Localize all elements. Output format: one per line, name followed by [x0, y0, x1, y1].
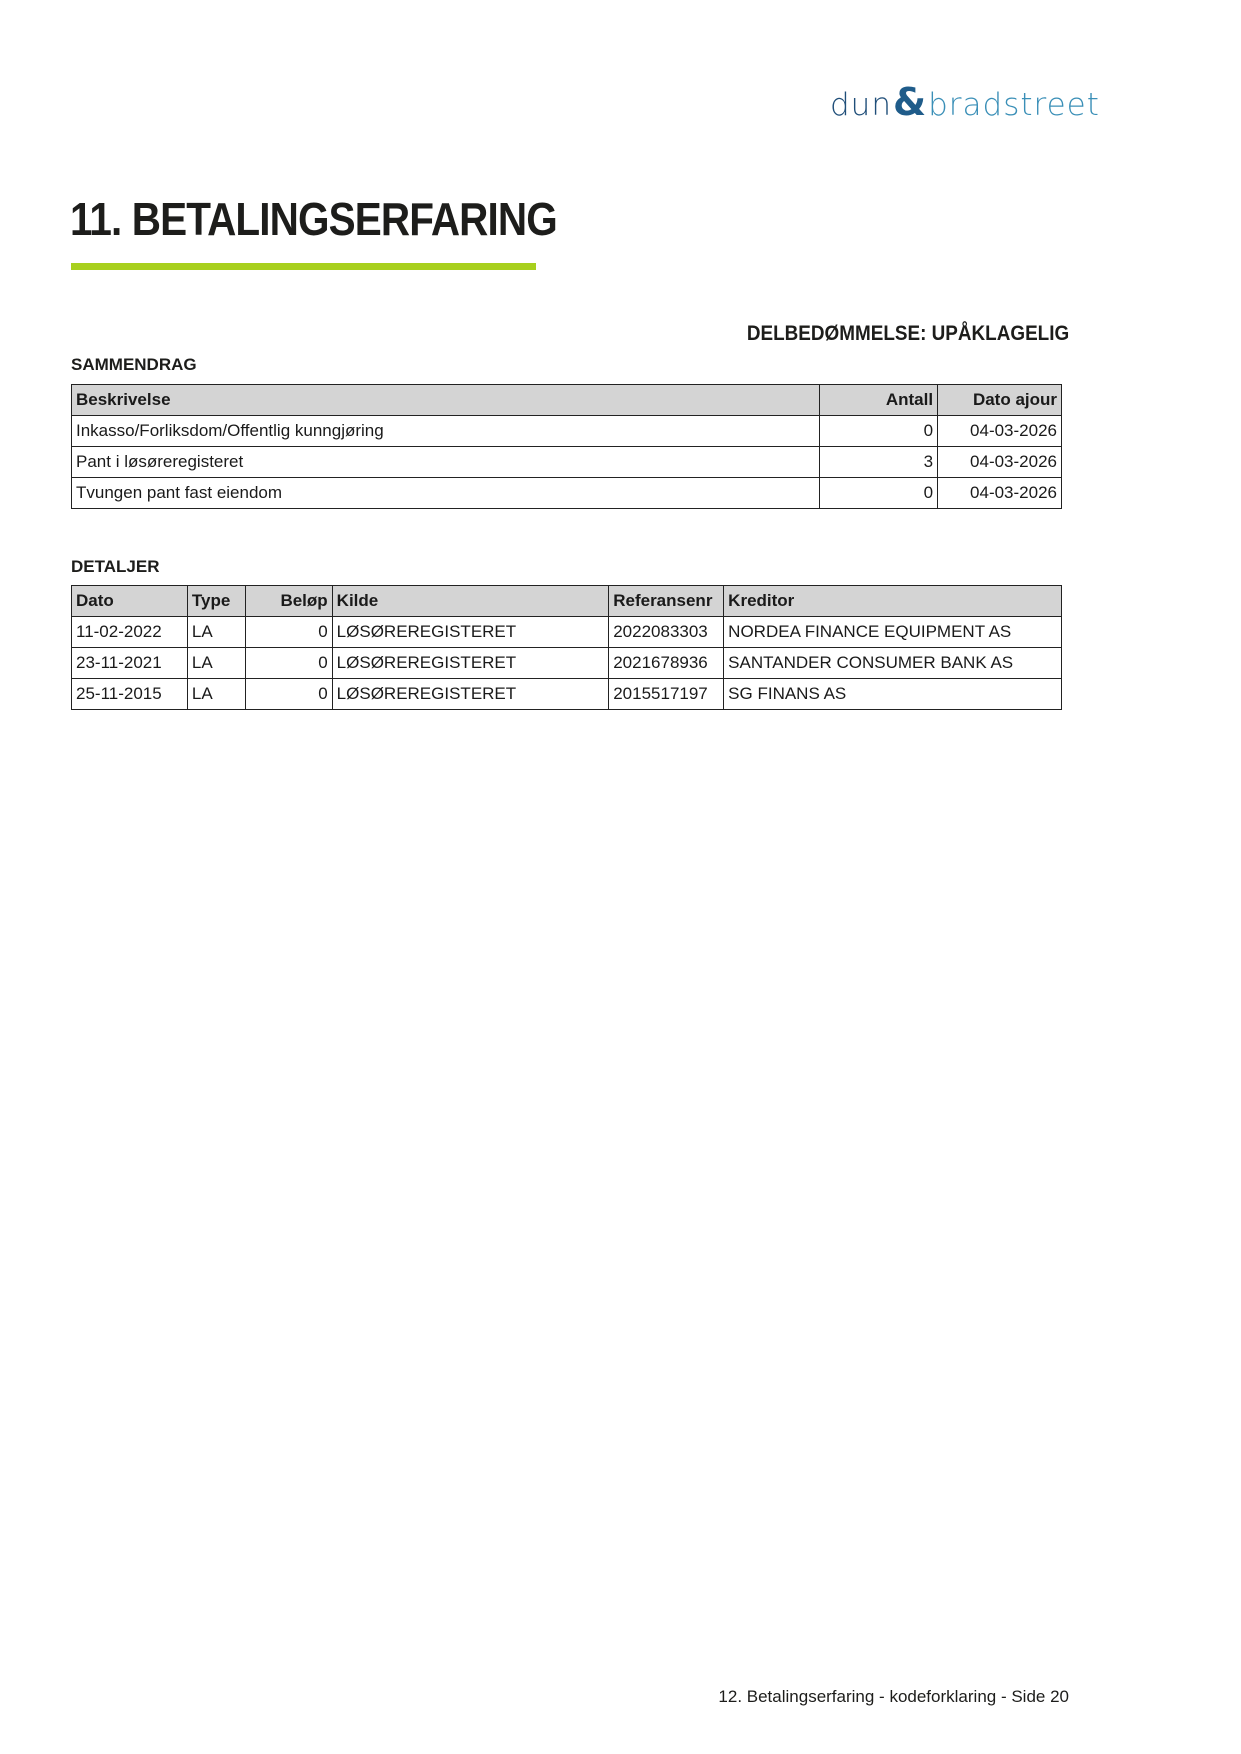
cell-kreditor: SG FINANS AS [724, 679, 1062, 710]
logo-ampersand: & [893, 80, 927, 124]
details-label: DETALJER [71, 557, 159, 577]
details-table: Dato Type Beløp Kilde Referansenr Kredit… [71, 585, 1062, 710]
table-row: Tvungen pant fast eiendom 0 04-03-2026 [72, 478, 1062, 509]
cell-antall: 3 [820, 447, 938, 478]
cell-dato: 11-02-2022 [72, 617, 188, 648]
cell-kilde: LØSØREREGISTERET [332, 679, 609, 710]
table-row: 11-02-2022 LA 0 LØSØREREGISTERET 2022083… [72, 617, 1062, 648]
cell-kilde: LØSØREREGISTERET [332, 648, 609, 679]
cell-belop: 0 [245, 679, 332, 710]
cell-kilde: LØSØREREGISTERET [332, 617, 609, 648]
details-header-row: Dato Type Beløp Kilde Referansenr Kredit… [72, 586, 1062, 617]
rating-label: DELBEDØMMELSE: UPÅKLAGELIG [747, 322, 1069, 346]
header-beskrivelse: Beskrivelse [72, 385, 820, 416]
cell-dato: 23-11-2021 [72, 648, 188, 679]
header-dato-ajour: Dato ajour [938, 385, 1062, 416]
summary-label: SAMMENDRAG [71, 355, 197, 375]
summary-header-row: Beskrivelse Antall Dato ajour [72, 385, 1062, 416]
page-title: 11. BETALINGSERFARING [70, 192, 557, 246]
table-row: Pant i løsøreregisteret 3 04-03-2026 [72, 447, 1062, 478]
cell-dato-ajour: 04-03-2026 [938, 416, 1062, 447]
cell-type: LA [187, 617, 245, 648]
cell-beskrivelse: Pant i løsøreregisteret [72, 447, 820, 478]
header-dato: Dato [72, 586, 188, 617]
cell-antall: 0 [820, 416, 938, 447]
header-kreditor: Kreditor [724, 586, 1062, 617]
cell-antall: 0 [820, 478, 938, 509]
cell-type: LA [187, 679, 245, 710]
cell-belop: 0 [245, 648, 332, 679]
cell-beskrivelse: Tvungen pant fast eiendom [72, 478, 820, 509]
header-referansenr: Referansenr [609, 586, 724, 617]
table-row: 25-11-2015 LA 0 LØSØREREGISTERET 2015517… [72, 679, 1062, 710]
cell-referansenr: 2015517197 [609, 679, 724, 710]
cell-dato: 25-11-2015 [72, 679, 188, 710]
logo-bradstreet: bradstreet [928, 87, 1100, 123]
page-footer: 12. Betalingserfaring - kodeforklaring -… [718, 1687, 1069, 1707]
header-belop: Beløp [245, 586, 332, 617]
table-row: Inkasso/Forliksdom/Offentlig kunngjøring… [72, 416, 1062, 447]
cell-dato-ajour: 04-03-2026 [938, 447, 1062, 478]
cell-referansenr: 2021678936 [609, 648, 724, 679]
logo-dun: dun [830, 87, 892, 123]
cell-belop: 0 [245, 617, 332, 648]
cell-dato-ajour: 04-03-2026 [938, 478, 1062, 509]
summary-table: Beskrivelse Antall Dato ajour Inkasso/Fo… [71, 384, 1062, 509]
header-type: Type [187, 586, 245, 617]
table-row: 23-11-2021 LA 0 LØSØREREGISTERET 2021678… [72, 648, 1062, 679]
header-antall: Antall [820, 385, 938, 416]
cell-kreditor: NORDEA FINANCE EQUIPMENT AS [724, 617, 1062, 648]
dun-bradstreet-logo: dun&bradstreet [830, 80, 1100, 124]
cell-referansenr: 2022083303 [609, 617, 724, 648]
header-kilde: Kilde [332, 586, 609, 617]
cell-kreditor: SANTANDER CONSUMER BANK AS [724, 648, 1062, 679]
cell-beskrivelse: Inkasso/Forliksdom/Offentlig kunngjøring [72, 416, 820, 447]
cell-type: LA [187, 648, 245, 679]
title-underline [71, 263, 536, 270]
